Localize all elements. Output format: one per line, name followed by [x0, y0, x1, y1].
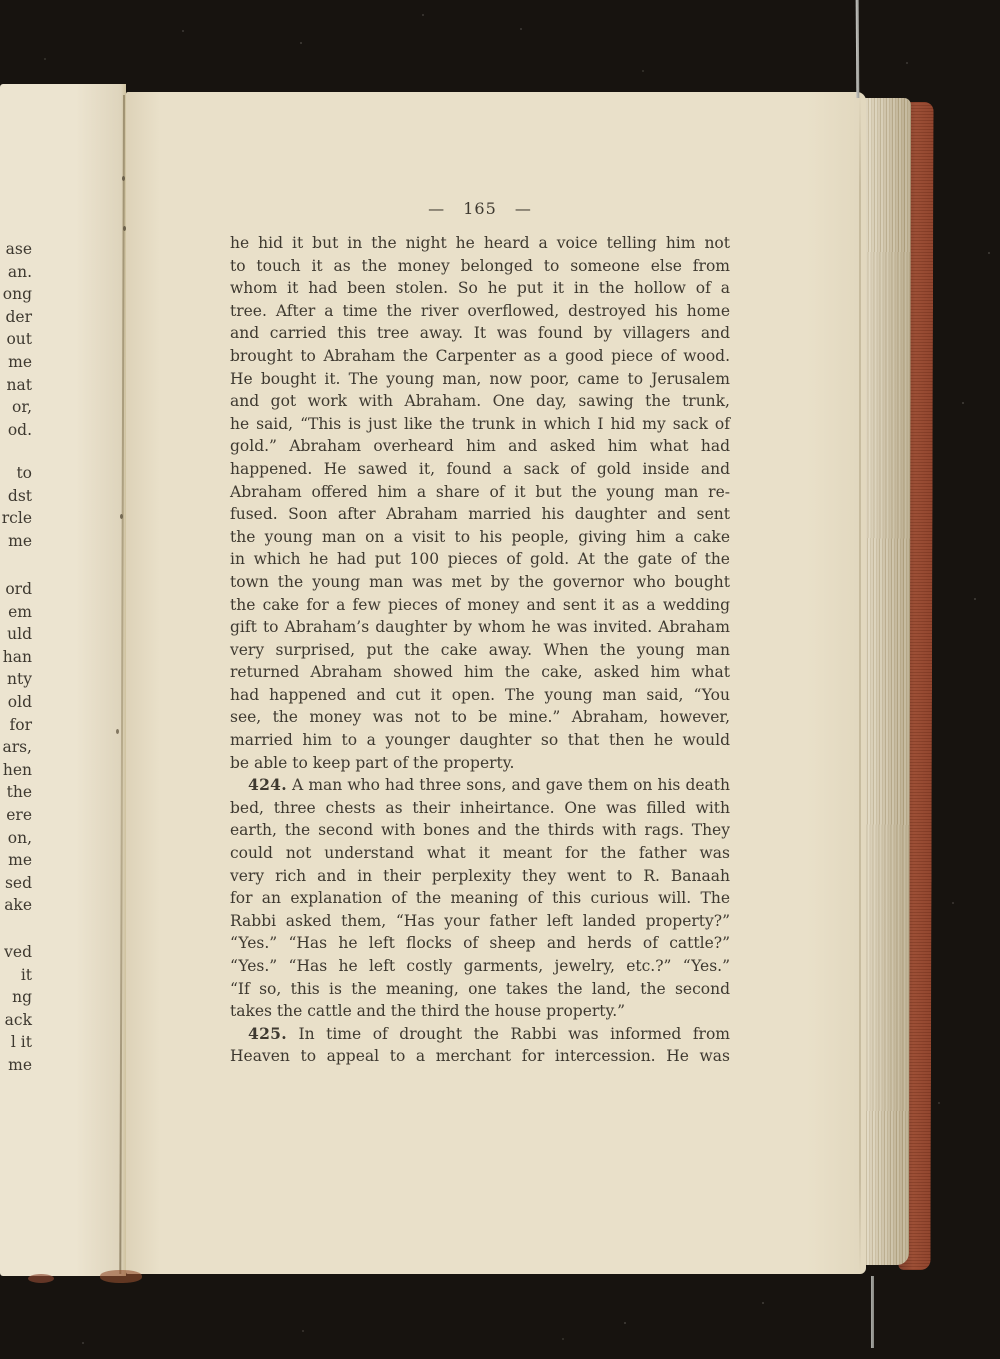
left-page-line-fragment: sed — [0, 872, 32, 895]
text-line: he said, “This is just like the trunk in… — [230, 413, 730, 436]
text-line: bed, three chests as their inheirtance. … — [230, 797, 730, 820]
text-line: the young man on a visit to his people, … — [230, 526, 730, 549]
left-page-line-fragment: rcle — [0, 507, 32, 530]
left-page-line-fragment: an. — [0, 261, 32, 284]
fragment-block: todstrcleme — [0, 462, 32, 552]
left-page-line-fragment: em — [0, 601, 32, 624]
cover-smudge — [100, 1270, 142, 1283]
gutter-specks — [122, 176, 125, 181]
fragment-block: ordemuldhanntyoldforars,hentheereon,mese… — [0, 578, 32, 917]
left-page-line-fragment: me — [0, 351, 32, 374]
left-page-line-fragment: me — [0, 849, 32, 872]
text-line: the cake for a few pieces of money and s… — [230, 594, 730, 617]
left-page-line-fragment: on, — [0, 827, 32, 850]
page-text-block: he hid it but in the night he heard a vo… — [230, 232, 730, 1068]
left-page-line-fragment: han — [0, 646, 32, 669]
text-line: “Yes.” “Has he left costly garments, jew… — [230, 955, 730, 978]
left-page-line-fragment: uld — [0, 623, 32, 646]
paragraph-number: 424. — [248, 775, 287, 794]
text-line: “Yes.” “Has he left flocks of sheep and … — [230, 932, 730, 955]
text-line: 425. In time of drought the Rabbi was in… — [230, 1023, 730, 1046]
text-line: very surprised, put the cake away. When … — [230, 639, 730, 662]
binding-thread-bottom — [871, 1276, 874, 1348]
left-page-line-fragment: the — [0, 781, 32, 804]
text-line: could not understand what it meant for t… — [230, 842, 730, 865]
text-line: and got work with Abraham. One day, sawi… — [230, 390, 730, 413]
left-page-line-fragment: me — [0, 1054, 32, 1077]
text-line: had happened and cut it open. The young … — [230, 684, 730, 707]
text-line: in which he had put 100 pieces of gold. … — [230, 548, 730, 571]
text-line: he hid it but in the night he heard a vo… — [230, 232, 730, 255]
text-line: married him to a younger daughter so tha… — [230, 729, 730, 752]
text-line: be able to keep part of the property. — [230, 752, 730, 775]
text-line: see, the money was not to be mine.” Abra… — [230, 706, 730, 729]
left-page-line-fragment: me — [0, 530, 32, 553]
text-line: “If so, this is the meaning, one takes t… — [230, 978, 730, 1001]
left-page-line-fragment: ved — [0, 941, 32, 964]
left-page-line-fragment: dst — [0, 485, 32, 508]
left-page-line-fragment: nat — [0, 374, 32, 397]
left-page-line-fragment: ase — [0, 238, 32, 261]
left-page-line-fragment: to — [0, 462, 32, 485]
left-page-line-fragment: out — [0, 328, 32, 351]
cover-smudge — [28, 1274, 54, 1283]
text-line: Abraham offered him a share of it but th… — [230, 481, 730, 504]
text-line: tree. After a time the river overflowed,… — [230, 300, 730, 323]
text-line: to touch it as the money belonged to som… — [230, 255, 730, 278]
text-line: town the young man was met by the govern… — [230, 571, 730, 594]
left-page-line-fragment: or, — [0, 396, 32, 419]
left-page-line-fragment: l it — [0, 1031, 32, 1054]
left-page-line-fragment: ere — [0, 804, 32, 827]
text-line: gift to Abraham’s daughter by whom he wa… — [230, 616, 730, 639]
text-line: returned Abraham showed him the cake, as… — [230, 661, 730, 684]
left-page-line-fragment: ong — [0, 283, 32, 306]
page-fore-edge-stack — [861, 98, 911, 1265]
left-page-text-fragments: asean.ongderoutmenator,od.todstrclemeord… — [0, 84, 34, 1276]
text-line: brought to Abraham the Carpenter as a go… — [230, 345, 730, 368]
left-page-line-fragment: hen — [0, 759, 32, 782]
text-line: for an explanation of the meaning of thi… — [230, 887, 730, 910]
page-number: — 165 — — [230, 199, 730, 218]
text-line: Heaven to appeal to a merchant for inter… — [230, 1045, 730, 1068]
fragment-block: veditngackl itme — [0, 941, 32, 1077]
text-line: gold.” Abraham overheard him and asked h… — [230, 435, 730, 458]
text-line: 424. A man who had three sons, and gave … — [230, 774, 730, 797]
text-line: whom it had been stolen. So he put it in… — [230, 277, 730, 300]
left-page-line-fragment: ake — [0, 894, 32, 917]
left-page-line-fragment: it — [0, 964, 32, 987]
left-page-line-fragment: der — [0, 306, 32, 329]
left-page-line-fragment: ord — [0, 578, 32, 601]
text-line: very rich and in their perplexity they w… — [230, 865, 730, 888]
text-line: Rabbi asked them, “Has your father left … — [230, 910, 730, 933]
photo-background-noise — [0, 0, 2, 2]
left-page-line-fragment: old — [0, 691, 32, 714]
text-line: fused. Soon after Abraham married his da… — [230, 503, 730, 526]
paragraph-number: 425. — [248, 1024, 287, 1043]
text-line: earth, the second with bones and the thi… — [230, 819, 730, 842]
text-line: and carried this tree away. It was found… — [230, 322, 730, 345]
fragment-block: asean.ongderoutmenator,od. — [0, 238, 32, 441]
right-page: — 165 — he hid it but in the night he he… — [126, 92, 866, 1274]
binding-thread-top — [856, 0, 860, 98]
left-page-line-fragment: ack — [0, 1009, 32, 1032]
left-page-line-fragment: ng — [0, 986, 32, 1009]
left-page-line-fragment: nty — [0, 668, 32, 691]
left-page-line-fragment: od. — [0, 419, 32, 442]
text-line: takes the cattle and the third the house… — [230, 1000, 730, 1023]
text-line: happened. He sawed it, found a sack of g… — [230, 458, 730, 481]
text-line: He bought it. The young man, now poor, c… — [230, 368, 730, 391]
left-page-line-fragment: ars, — [0, 736, 32, 759]
left-page: asean.ongderoutmenator,od.todstrclemeord… — [0, 84, 126, 1276]
left-page-line-fragment: for — [0, 714, 32, 737]
